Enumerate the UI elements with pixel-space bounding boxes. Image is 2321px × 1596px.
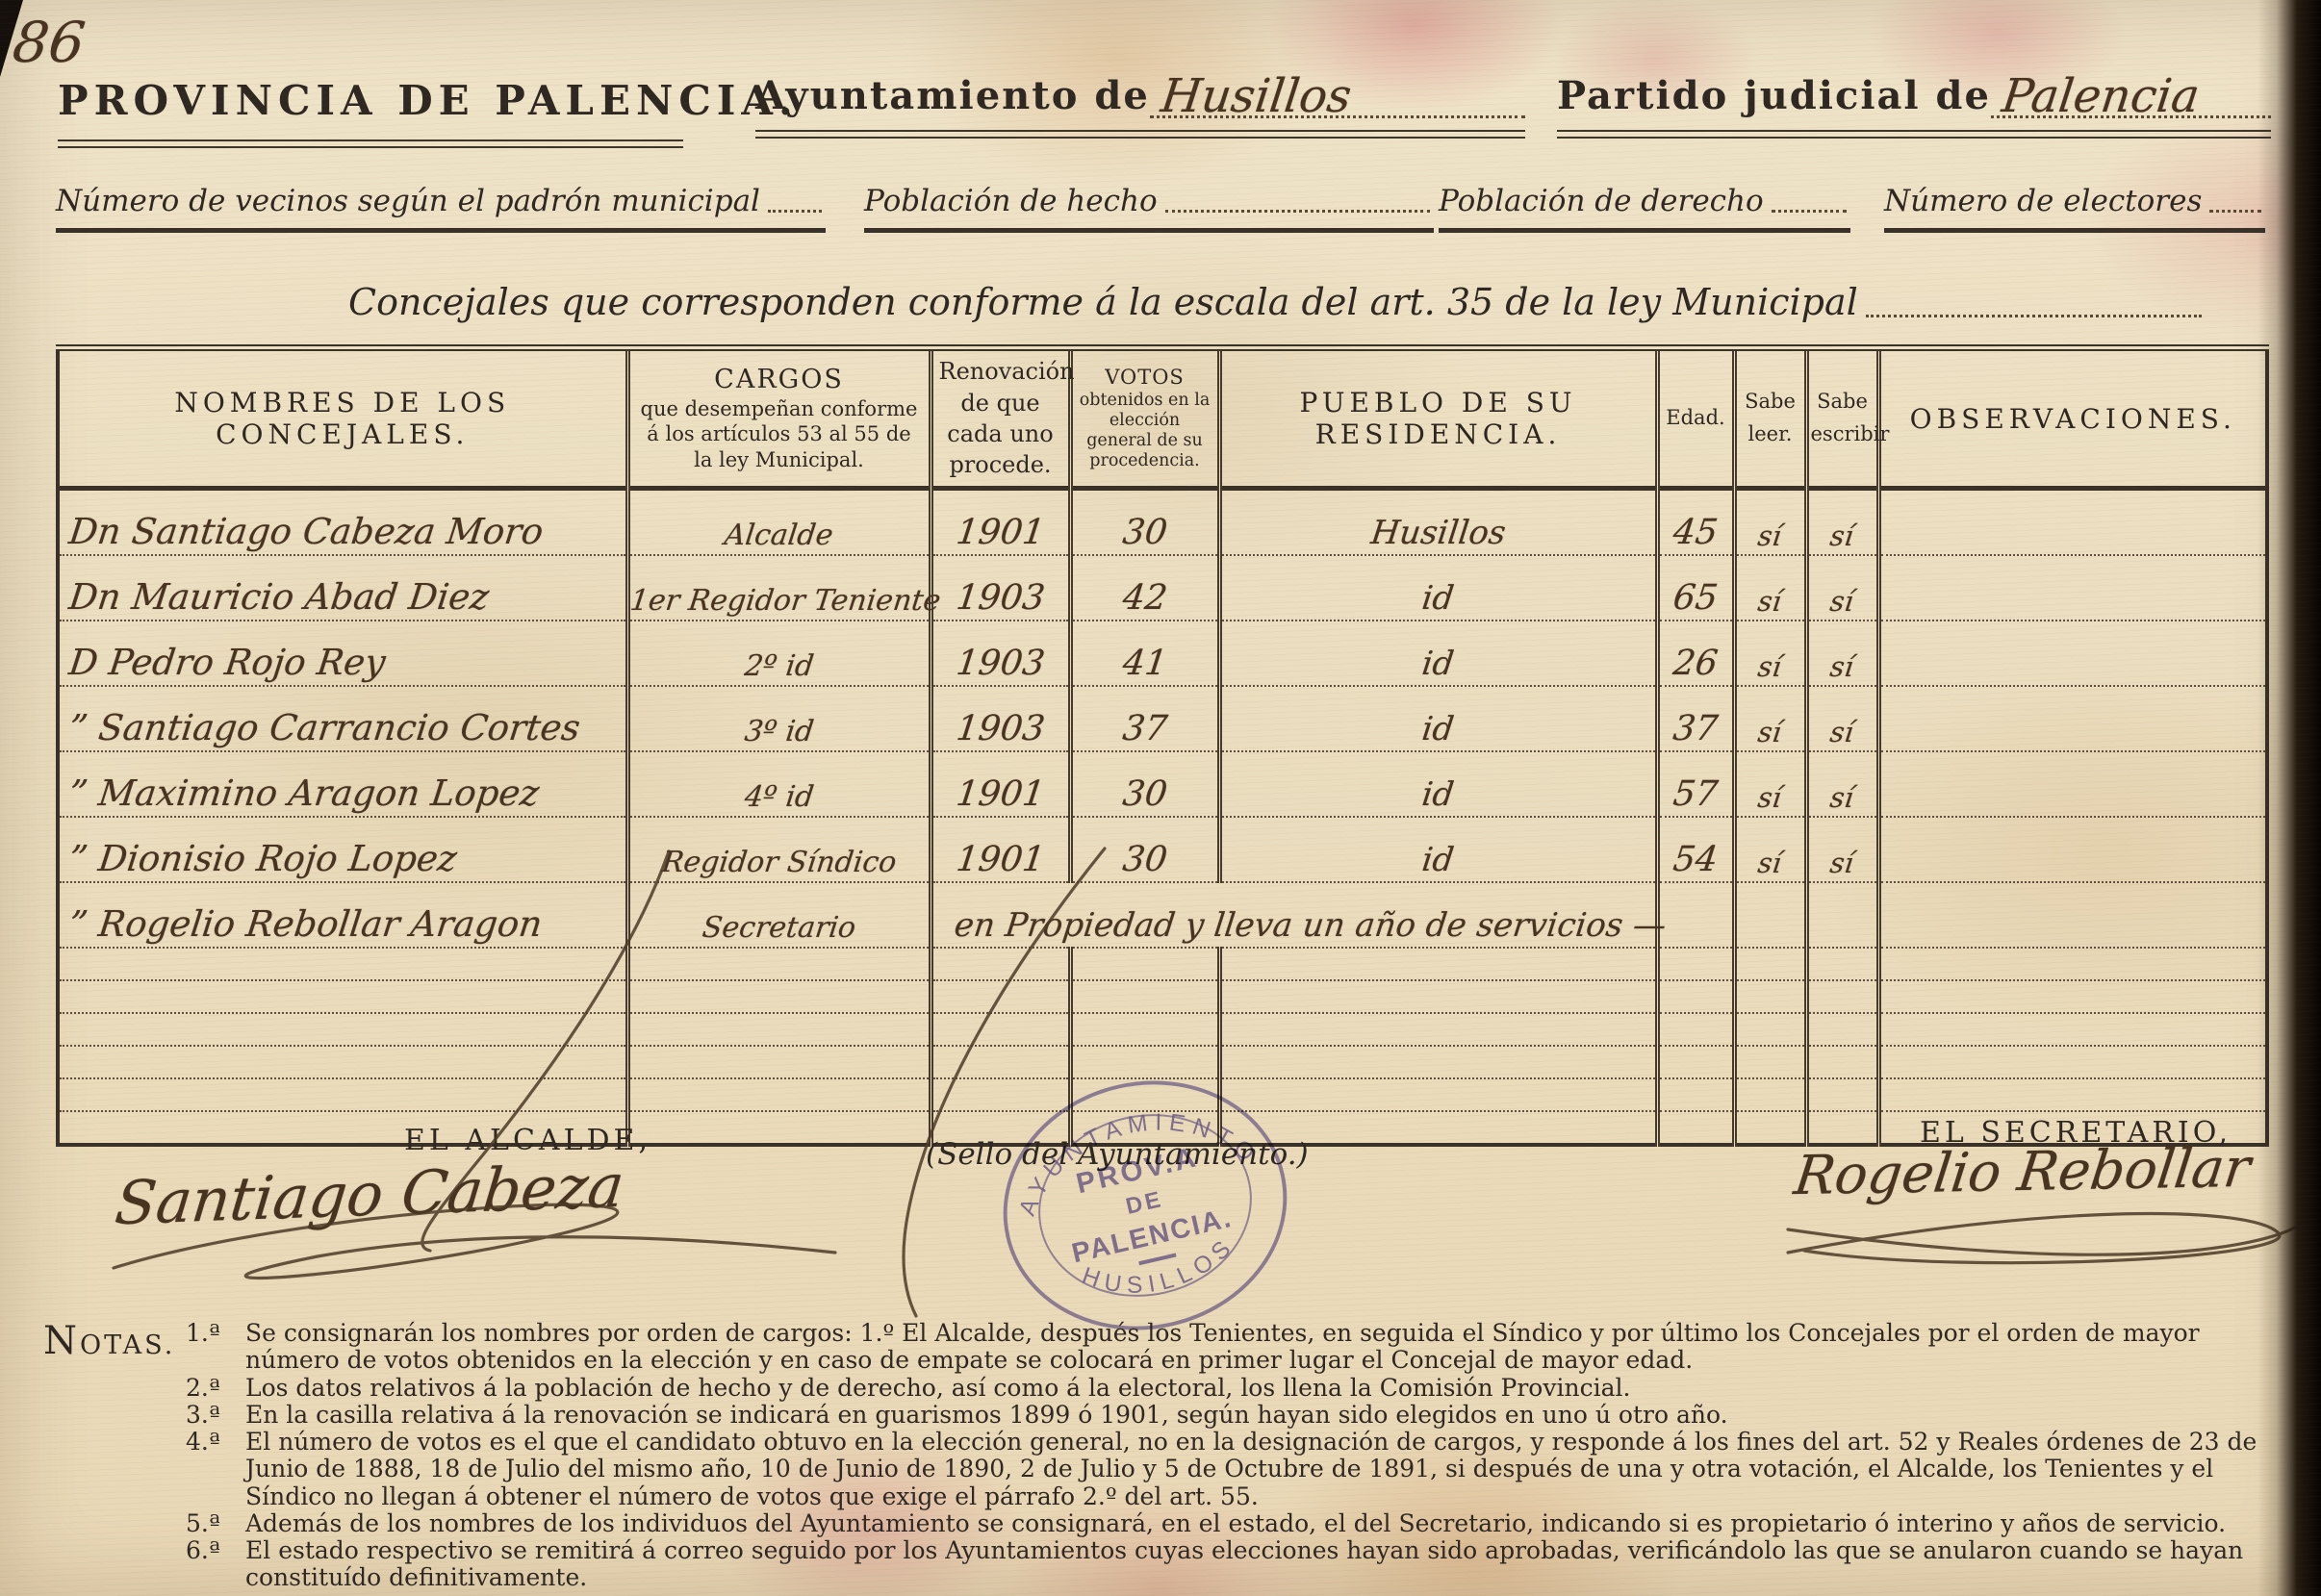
- empty-cell: [1878, 1013, 2267, 1046]
- empty-cell: [1070, 980, 1219, 1013]
- empty-cell: [1219, 980, 1657, 1013]
- dotted-fill-line: [1866, 315, 2202, 317]
- votos-value: 37: [1120, 709, 1169, 748]
- empty-cell: [931, 980, 1070, 1013]
- cargo-value: 1er Regidor Teniente: [627, 584, 942, 618]
- header-cargos: CARGOSque desempeñan conforme á los artí…: [627, 348, 931, 489]
- table-row: Dn Santiago Cabeza Moro Alcalde 1901 30 …: [58, 489, 2267, 556]
- field-poblacion-derecho: Población de derecho: [1439, 179, 1850, 233]
- note-item: 4.ª El número de votos es el que el cand…: [43, 1429, 2274, 1510]
- empty-cell: [1070, 948, 1219, 980]
- note-number: 1.ª: [186, 1320, 245, 1347]
- empty-cell: [1657, 1046, 1734, 1078]
- table-row-secretario: ” Rogelio Rebollar Aragon Secretario en …: [58, 882, 2267, 948]
- sabe-leer-value: sí: [1756, 781, 1783, 814]
- electores-label: Número de electores: [1884, 184, 2202, 218]
- pueblo-value: Husillos: [1368, 514, 1507, 552]
- subtitle-line: Concejales que corresponden conforme á l…: [348, 281, 2206, 323]
- concejales-table: NOMBRES DE LOS CONCEJALES. CARGOSque des…: [56, 344, 2269, 1147]
- observaciones-cell: [1878, 882, 2267, 948]
- province-header: PROVINCIA DE PALENCIA.: [58, 69, 683, 148]
- empty-cell: [58, 948, 627, 980]
- empty-cell: [1806, 948, 1878, 980]
- empty-cell: [1806, 1013, 1878, 1046]
- empty-cell: [627, 1013, 931, 1046]
- secretario-rubric: [1788, 1214, 2280, 1263]
- cargo-value: 2º id: [743, 649, 816, 683]
- scanned-document-page: 86 PROVINCIA DE PALENCIA. Ayuntamiento d…: [0, 0, 2321, 1596]
- cargo-value: 3º id: [743, 715, 816, 748]
- header-cargos-title: CARGOS: [630, 365, 929, 394]
- renovacion-value: 1903: [954, 644, 1047, 683]
- table-row: ” Dionisio Rojo Lopez Regidor Síndico 19…: [58, 817, 2267, 882]
- pueblo-value: id: [1420, 645, 1457, 683]
- concejal-name: ” Dionisio Rojo Lopez: [66, 838, 459, 879]
- votos-value: 30: [1120, 840, 1169, 879]
- votos-value: 30: [1120, 774, 1169, 814]
- sabe-escribir-value: sí: [1828, 781, 1855, 814]
- note-text: Se consignarán los nombres por orden de …: [245, 1320, 2274, 1375]
- dotted-fill-line: [2209, 210, 2261, 213]
- dotted-fill-line: [1772, 210, 1847, 213]
- empty-cell: [1657, 882, 1734, 948]
- header-sabe-leer-text: Sabe leer.: [1737, 386, 1804, 450]
- table-row: Dn Mauricio Abad Diez 1er Regidor Tenien…: [58, 555, 2267, 621]
- poblacion-derecho-label: Población de derecho: [1439, 184, 1764, 218]
- empty-cell: [1657, 980, 1734, 1013]
- stamp-center-line2: DE: [1124, 1187, 1166, 1220]
- dotted-fill-line: [1165, 210, 1430, 213]
- empty-cell: [1734, 980, 1806, 1013]
- cargo-value: Secretario: [701, 911, 857, 945]
- empty-cell: [58, 980, 627, 1013]
- alcalde-signature: Santiago Cabeza: [112, 1151, 627, 1239]
- concejal-name: D Pedro Rojo Rey: [66, 642, 388, 683]
- observaciones-cell: [1878, 751, 2267, 817]
- field-electores: Número de electores: [1884, 179, 2265, 233]
- renovacion-value: 1901: [954, 774, 1047, 814]
- judicial-district-header: Partido judicial de Palencia: [1557, 69, 2271, 139]
- sabe-escribir-value: sí: [1828, 716, 1855, 748]
- secretario-signature: Rogelio Rebollar: [1791, 1137, 2254, 1207]
- judicial-district-value: Palencia: [2000, 69, 2203, 123]
- note-text: El número de votos es el que el candidat…: [245, 1429, 2274, 1510]
- municipality-header: Ayuntamiento de Husillos: [755, 69, 1525, 139]
- sabe-leer-value: sí: [1756, 716, 1783, 748]
- empty-cell: [1806, 1046, 1878, 1078]
- edad-value: 45: [1671, 513, 1721, 552]
- header-nombres: NOMBRES DE LOS CONCEJALES.: [58, 348, 627, 489]
- concejal-name: ” Rogelio Rebollar Aragon: [66, 903, 545, 945]
- table-row: ” Maximino Aragon Lopez 4º id 1901 30 id…: [58, 751, 2267, 817]
- stamp-center-dash: [1138, 1253, 1176, 1265]
- sabe-escribir-value: sí: [1828, 519, 1855, 552]
- header-votos-sub: obtenidos en la elección general de su p…: [1073, 389, 1217, 471]
- empty-cell: [627, 1111, 931, 1145]
- double-rule: [58, 139, 683, 148]
- note-number: 5.ª: [186, 1510, 245, 1537]
- empty-cell: [627, 1046, 931, 1078]
- header-sabe-escribir: Sabe escribir: [1806, 348, 1878, 489]
- concejal-name: ” Maximino Aragon Lopez: [66, 773, 541, 814]
- cargo-value: Regidor Síndico: [660, 846, 899, 879]
- subtitle-text: Concejales que corresponden conforme á l…: [348, 281, 1858, 323]
- sabe-leer-value: sí: [1756, 847, 1783, 879]
- empty-cell: [931, 948, 1070, 980]
- edad-value: 57: [1671, 774, 1721, 814]
- empty-cell: [931, 1013, 1070, 1046]
- empty-cell: [627, 1078, 931, 1111]
- note-text: Los datos relativos á la población de he…: [245, 1375, 2274, 1402]
- empty-cell: [1878, 1078, 2267, 1111]
- pueblo-value: id: [1420, 775, 1457, 814]
- votos-value: 41: [1120, 644, 1169, 683]
- concejal-name: ” Santiago Carrancio Cortes: [66, 707, 582, 748]
- votos-value: 30: [1120, 513, 1169, 552]
- empty-cell: [1806, 1078, 1878, 1111]
- empty-cell: [627, 980, 931, 1013]
- empty-cell: [1657, 1013, 1734, 1046]
- table-row: D Pedro Rojo Rey 2º id 1903 41 id 26 sí …: [58, 621, 2267, 686]
- table-row: ” Santiago Carrancio Cortes 3º id 1903 3…: [58, 686, 2267, 751]
- dotted-fill-line: [768, 210, 822, 213]
- empty-cell: [1734, 882, 1806, 948]
- note-text: El estado respectivo se remitirá á corre…: [245, 1537, 2274, 1592]
- header-votos: VOTOSobtenidos en la elección general de…: [1070, 348, 1219, 489]
- sabe-escribir-value: sí: [1828, 585, 1855, 618]
- sabe-leer-value: sí: [1756, 585, 1783, 618]
- observaciones-cell: [1878, 489, 2267, 556]
- header-votos-title: VOTOS: [1073, 366, 1217, 389]
- municipality-value: Husillos: [1158, 69, 1354, 123]
- note-item: 6.ª El estado respectivo se remitirá á c…: [43, 1537, 2274, 1592]
- empty-cell: [1878, 980, 2267, 1013]
- empty-cell: [58, 1078, 627, 1111]
- note-number: 4.ª: [186, 1429, 245, 1456]
- notes-section: NOTAS. 1.ª Se consignarán los nombres po…: [43, 1320, 2274, 1592]
- empty-row: [58, 980, 2267, 1013]
- header-edad-text: Edad.: [1660, 402, 1732, 435]
- vecinos-label: Número de vecinos según el padrón munici…: [56, 184, 760, 218]
- empty-cell: [58, 1013, 627, 1046]
- empty-cell: [1219, 1013, 1657, 1046]
- pueblo-value: id: [1420, 841, 1457, 879]
- header-sabe-escribir-text: Sabe escribir: [1809, 386, 1876, 450]
- header-pueblo: PUEBLO DE SU RESIDENCIA.: [1219, 348, 1657, 489]
- renovacion-value: 1901: [954, 840, 1047, 879]
- secretario-rubric-2: [1788, 1220, 2308, 1254]
- header-observaciones: OBSERVACIONES.: [1878, 348, 2267, 489]
- note-number: 3.ª: [186, 1402, 245, 1429]
- header-observaciones-text: OBSERVACIONES.: [1881, 403, 2266, 435]
- province-title: PROVINCIA DE PALENCIA.: [58, 69, 683, 124]
- secretario-note: en Propiedad y lleva un año de servicios…: [952, 906, 1668, 945]
- book-binding-edge: [2257, 0, 2321, 1596]
- field-poblacion-hecho: Población de hecho: [864, 179, 1434, 233]
- pueblo-value: id: [1420, 710, 1457, 748]
- empty-cell: [1657, 1111, 1734, 1145]
- note-text: En la casilla relativa á la renovación s…: [245, 1402, 2274, 1429]
- empty-cell: [1734, 1078, 1806, 1111]
- concejal-name: Dn Mauricio Abad Diez: [66, 576, 491, 618]
- note-number: 6.ª: [186, 1537, 245, 1564]
- double-rule: [1557, 130, 2271, 139]
- header-cargos-sub: que desempeñan conforme á los artículos …: [630, 394, 929, 472]
- empty-cell: [1734, 948, 1806, 980]
- empty-cell: [1070, 1013, 1219, 1046]
- note-item: 3.ª En la casilla relativa á la renovaci…: [43, 1402, 2274, 1429]
- header-pueblo-text: PUEBLO DE SU RESIDENCIA.: [1222, 387, 1655, 450]
- observaciones-cell: [1878, 621, 2267, 686]
- renovacion-value: 1901: [954, 513, 1047, 552]
- concejal-name: Dn Santiago Cabeza Moro: [66, 511, 546, 552]
- empty-cell: [1657, 1078, 1734, 1111]
- empty-cell: [1806, 882, 1878, 948]
- note-number: 2.ª: [186, 1375, 245, 1402]
- empty-cell: [58, 1046, 627, 1078]
- sabe-leer-value: sí: [1756, 519, 1783, 552]
- page-corner-shadow: [0, 0, 23, 77]
- empty-cell: [1734, 1046, 1806, 1078]
- empty-row: [58, 948, 2267, 980]
- header-sabe-leer: Sabe leer.: [1734, 348, 1806, 489]
- edad-value: 26: [1671, 644, 1721, 683]
- empty-cell: [1878, 948, 2267, 980]
- header-renovacion-text: Renovación de que cada uno procede.: [933, 356, 1068, 481]
- edad-value: 37: [1671, 709, 1721, 748]
- sabe-leer-value: sí: [1756, 650, 1783, 683]
- empty-cell: [1878, 1046, 2267, 1078]
- note-item: 5.ª Además de los nombres de los individ…: [43, 1510, 2274, 1537]
- double-rule: [755, 130, 1525, 139]
- municipality-label: Ayuntamiento de: [755, 73, 1150, 118]
- renovacion-value: 1903: [954, 709, 1047, 748]
- notes-label: NOTAS.: [43, 1320, 186, 1363]
- empty-cell: [1734, 1013, 1806, 1046]
- empty-cell: [1806, 980, 1878, 1013]
- table-header-row: NOMBRES DE LOS CONCEJALES. CARGOSque des…: [58, 348, 2267, 489]
- field-vecinos: Número de vecinos según el padrón munici…: [56, 179, 826, 233]
- sabe-escribir-value: sí: [1828, 650, 1855, 683]
- note-text: Además de los nombres de los individuos …: [245, 1510, 2274, 1537]
- votos-value: 42: [1120, 578, 1169, 618]
- observaciones-cell: [1878, 817, 2267, 882]
- judicial-district-label: Partido judicial de: [1557, 73, 1991, 118]
- empty-cell: [1657, 948, 1734, 980]
- edad-value: 54: [1671, 840, 1721, 879]
- header-nombres-text: NOMBRES DE LOS CONCEJALES.: [60, 387, 625, 450]
- empty-cell: [627, 948, 931, 980]
- renovacion-value: 1903: [954, 578, 1047, 618]
- edad-value: 65: [1671, 578, 1721, 618]
- cargo-value: 4º id: [743, 780, 816, 814]
- empty-cell: [1806, 1111, 1878, 1145]
- sabe-escribir-value: sí: [1828, 847, 1855, 879]
- cargo-value: Alcalde: [723, 519, 835, 552]
- header-edad: Edad.: [1657, 348, 1734, 489]
- note-item: 2.ª Los datos relativos á la población d…: [43, 1375, 2274, 1402]
- poblacion-hecho-label: Población de hecho: [864, 184, 1158, 218]
- header-renovacion: Renovación de que cada uno procede.: [931, 348, 1070, 489]
- empty-cell: [1734, 1111, 1806, 1145]
- empty-row: [58, 1013, 2267, 1046]
- observaciones-cell: [1878, 686, 2267, 751]
- observaciones-cell: [1878, 555, 2267, 621]
- municipal-stamp: AYUNTAMIENTO HUSILLOS PROV.A DE PALENCIA…: [983, 1058, 1307, 1353]
- note-item: NOTAS. 1.ª Se consignarán los nombres po…: [43, 1320, 2274, 1375]
- empty-cell: [1219, 948, 1657, 980]
- pueblo-value: id: [1420, 579, 1457, 618]
